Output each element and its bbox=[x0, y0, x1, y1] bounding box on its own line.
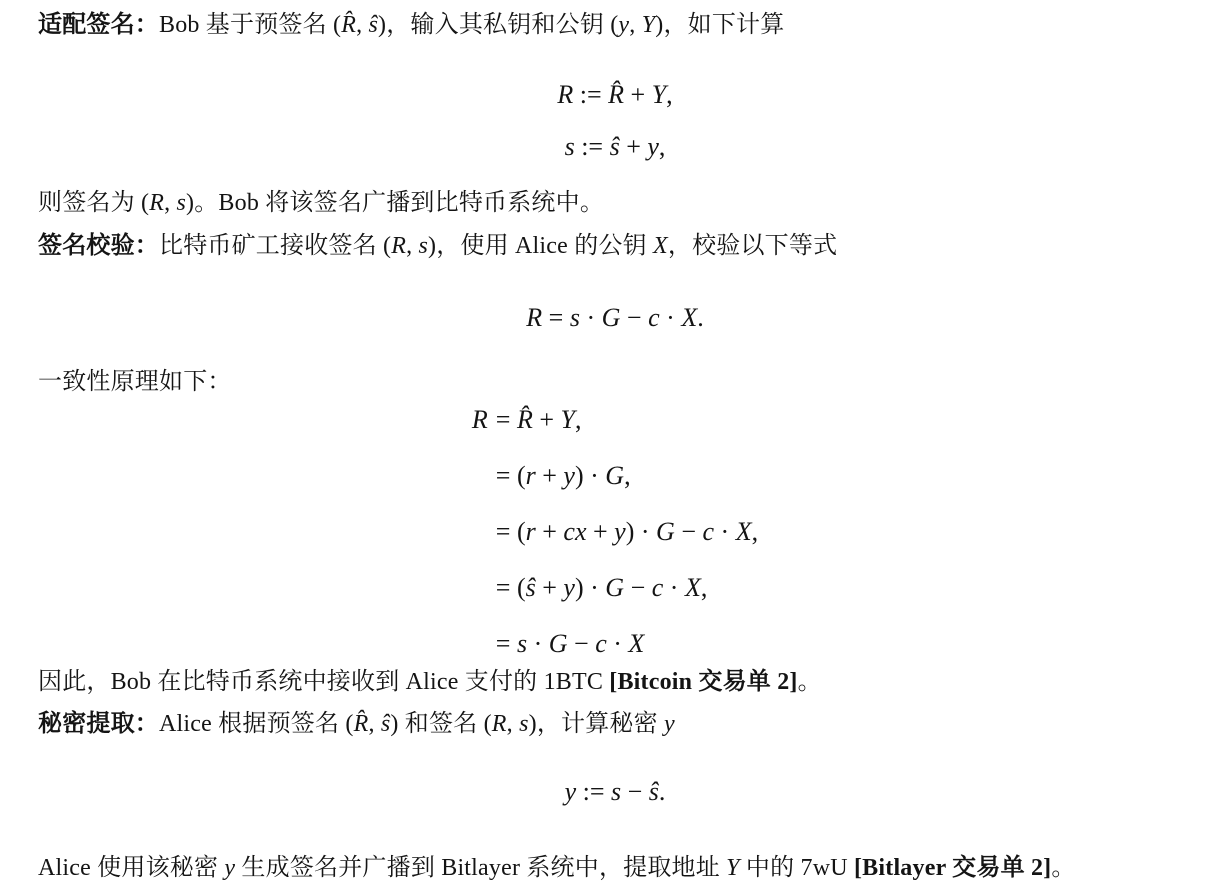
math-variable: ŝ bbox=[368, 12, 378, 38]
math-variable: y bbox=[563, 461, 575, 490]
derivation-step-3: = (r + cx + y) · G − c · X, bbox=[496, 517, 758, 547]
math-variable: G bbox=[549, 629, 568, 658]
math-variable: G bbox=[605, 573, 624, 602]
math-variable: Y bbox=[726, 855, 740, 881]
text-run: + bbox=[620, 132, 648, 161]
math-variable: s bbox=[565, 132, 575, 161]
text-run: ) · bbox=[626, 517, 656, 546]
text-run: 因此，Bob 在比特币系统中接收到 Alice 支付的 1BTC bbox=[38, 669, 609, 695]
math-variable: ŝ bbox=[526, 573, 536, 602]
text-run: = bbox=[496, 629, 517, 658]
math-variable: s bbox=[519, 711, 529, 737]
text-run: − bbox=[624, 573, 652, 602]
math-variable: y bbox=[224, 855, 235, 881]
text-run: − bbox=[568, 629, 596, 658]
text-run: , bbox=[659, 132, 666, 161]
text-run: = ( bbox=[496, 517, 526, 546]
math-variable: R bbox=[149, 190, 164, 216]
text-run: , bbox=[507, 711, 519, 737]
derivation-lhs-empty bbox=[472, 517, 496, 547]
text-run: 比特币矿工接收签名 ( bbox=[159, 233, 391, 259]
text-run: = bbox=[542, 303, 570, 332]
paragraph-secret-extraction: 秘密提取：Alice 根据预签名 (R̂, ŝ) 和签名 (R, s)，计算秘… bbox=[38, 707, 1192, 741]
derivation-step-2: = (r + y) · G, bbox=[496, 461, 758, 491]
math-variable: s bbox=[517, 629, 527, 658]
math-variable: ŝ bbox=[610, 132, 620, 161]
text-run: )。Bob 将该签名广播到比特币系统中。 bbox=[186, 190, 604, 216]
equation-verification: R = s · G − c · X. bbox=[38, 303, 1192, 333]
text-run: )，使用 Alice 的公钥 bbox=[428, 233, 653, 259]
text-run: , bbox=[356, 12, 368, 38]
text-run: + bbox=[587, 517, 615, 546]
math-variable: cx bbox=[563, 517, 586, 546]
math-variable: y bbox=[565, 777, 577, 806]
text-run: + bbox=[536, 517, 564, 546]
math-variable: X bbox=[628, 629, 644, 658]
math-variable: Y bbox=[652, 80, 666, 109]
text-run: , bbox=[701, 573, 708, 602]
text-run: )，输入其私钥和公钥 ( bbox=[378, 12, 618, 38]
text-run: · bbox=[527, 629, 549, 658]
derivation-step-4: = (ŝ + y) · G − c · X, bbox=[496, 573, 758, 603]
text-run: · bbox=[714, 517, 736, 546]
text-run: . bbox=[659, 777, 666, 806]
text-run: , bbox=[368, 711, 380, 737]
math-variable: r bbox=[526, 517, 536, 546]
text-run: + bbox=[536, 461, 564, 490]
math-variable: R bbox=[472, 405, 488, 434]
math-variable: R bbox=[391, 233, 406, 259]
derivation-block: R = R̂ + Y, = (r + y) · G, = (r + cx + y… bbox=[472, 405, 758, 659]
math-variable: ŝ bbox=[649, 777, 659, 806]
text-run: + bbox=[536, 573, 564, 602]
math-variable: G bbox=[605, 461, 624, 490]
math-variable: G bbox=[656, 517, 675, 546]
text-run: 。 bbox=[1051, 855, 1075, 881]
text-run: ，校验以下等式 bbox=[668, 233, 837, 259]
text-run: = ( bbox=[496, 461, 526, 490]
text-run: , bbox=[752, 517, 759, 546]
text-run: . bbox=[697, 303, 704, 332]
math-variable: c bbox=[648, 303, 660, 332]
math-variable: y bbox=[647, 132, 659, 161]
bold-text-run: [Bitcoin 交易单 2] bbox=[609, 669, 797, 695]
derivation-lhs-empty bbox=[472, 629, 496, 659]
text-run: Alice 根据预签名 ( bbox=[159, 711, 354, 737]
text-run: )，计算秘密 bbox=[529, 711, 664, 737]
math-variable: s bbox=[418, 233, 428, 259]
math-variable: ŝ bbox=[381, 711, 391, 737]
derivation-step-5: = s · G − c · X bbox=[496, 629, 758, 659]
text-run: − bbox=[620, 303, 648, 332]
text-run: ) 和签名 ( bbox=[390, 711, 491, 737]
paragraph-therefore-btc: 因此，Bob 在比特币系统中接收到 Alice 支付的 1BTC [Bitcoi… bbox=[38, 665, 1192, 699]
bold-text-run: 秘密提取： bbox=[38, 711, 159, 737]
text-run: − bbox=[621, 777, 649, 806]
text-run: := bbox=[573, 80, 608, 109]
text-run: 中的 7wU bbox=[740, 855, 854, 881]
text-run: + bbox=[533, 405, 561, 434]
math-variable: X bbox=[736, 517, 752, 546]
math-variable: y bbox=[563, 573, 575, 602]
math-variable: y bbox=[614, 517, 626, 546]
math-variable: X bbox=[681, 303, 697, 332]
math-variable: R̂ bbox=[517, 405, 533, 434]
text-run: 则签名为 ( bbox=[38, 190, 149, 216]
text-run: , bbox=[666, 80, 673, 109]
text-run: · bbox=[663, 573, 685, 602]
text-run: , bbox=[406, 233, 418, 259]
paragraph-consistency-intro: 一致性原理如下： bbox=[38, 365, 1192, 399]
text-run: := bbox=[576, 777, 611, 806]
bold-text-run: 适配签名： bbox=[38, 12, 159, 38]
math-variable: Y bbox=[642, 12, 656, 38]
math-variable: R̂ bbox=[608, 80, 624, 109]
bold-text-run: 签名校验： bbox=[38, 233, 159, 259]
text-run: ) · bbox=[575, 461, 605, 490]
math-variable: y bbox=[664, 711, 675, 737]
text-run: + bbox=[624, 80, 652, 109]
math-variable: Y bbox=[561, 405, 575, 434]
text-run: 一致性原理如下： bbox=[38, 369, 232, 395]
text-run: · bbox=[607, 629, 629, 658]
bold-text-run: [Bitlayer 交易单 2] bbox=[854, 855, 1051, 881]
math-variable: R bbox=[526, 303, 542, 332]
text-run: , bbox=[164, 190, 176, 216]
derivation-step-1: = R̂ + Y, bbox=[496, 405, 758, 435]
derivation-lhs: R bbox=[472, 405, 496, 435]
math-variable: X bbox=[653, 233, 668, 259]
math-variable: R̂ bbox=[341, 12, 356, 38]
text-run: 。 bbox=[798, 669, 822, 695]
equation-secret: y := s − ŝ. bbox=[38, 777, 1192, 807]
math-variable: R bbox=[492, 711, 507, 737]
text-run: · bbox=[580, 303, 602, 332]
text-run: Alice 使用该秘密 bbox=[38, 855, 224, 881]
text-run: , bbox=[629, 12, 641, 38]
math-variable: c bbox=[652, 573, 664, 602]
derivation-lhs-empty bbox=[472, 573, 496, 603]
equation-s-assignment: s := ŝ + y, bbox=[38, 132, 1192, 162]
math-variable: y bbox=[618, 12, 629, 38]
math-variable: c bbox=[703, 517, 715, 546]
text-run: = bbox=[496, 405, 517, 434]
text-run: 生成签名并广播到 Bitlayer 系统中，提取地址 bbox=[235, 855, 726, 881]
paragraph-adaptor-signature: 适配签名：Bob 基于预签名 (R̂, ŝ)，输入其私钥和公钥 (y, Y)，… bbox=[38, 8, 1192, 42]
text-run: := bbox=[575, 132, 610, 161]
text-run: , bbox=[575, 405, 582, 434]
derivation-lhs-empty bbox=[472, 461, 496, 491]
text-run: ) · bbox=[575, 573, 605, 602]
equation-R-assignment: R := R̂ + Y, bbox=[38, 80, 1192, 110]
math-variable: R bbox=[557, 80, 573, 109]
paragraph-alice-extract: Alice 使用该秘密 y 生成签名并广播到 Bitlayer 系统中，提取地址… bbox=[38, 851, 1192, 885]
math-variable: X bbox=[685, 573, 701, 602]
math-variable: R̂ bbox=[354, 711, 369, 737]
text-run: · bbox=[660, 303, 682, 332]
math-variable: s bbox=[570, 303, 580, 332]
text-run: )，如下计算 bbox=[655, 12, 784, 38]
document-page: 适配签名：Bob 基于预签名 (R̂, ŝ)，输入其私钥和公钥 (y, Y)，… bbox=[0, 0, 1222, 892]
paragraph-signature-verify: 签名校验：比特币矿工接收签名 (R, s)，使用 Alice 的公钥 X，校验以… bbox=[38, 229, 1192, 263]
text-run: − bbox=[675, 517, 703, 546]
math-variable: s bbox=[176, 190, 186, 216]
paragraph-signature-broadcast: 则签名为 (R, s)。Bob 将该签名广播到比特币系统中。 bbox=[38, 186, 1192, 220]
math-variable: r bbox=[526, 461, 536, 490]
text-run: , bbox=[624, 461, 631, 490]
math-variable: s bbox=[611, 777, 621, 806]
math-variable: c bbox=[595, 629, 607, 658]
math-variable: G bbox=[602, 303, 621, 332]
text-run: = ( bbox=[496, 573, 526, 602]
text-run: Bob 基于预签名 ( bbox=[159, 12, 341, 38]
